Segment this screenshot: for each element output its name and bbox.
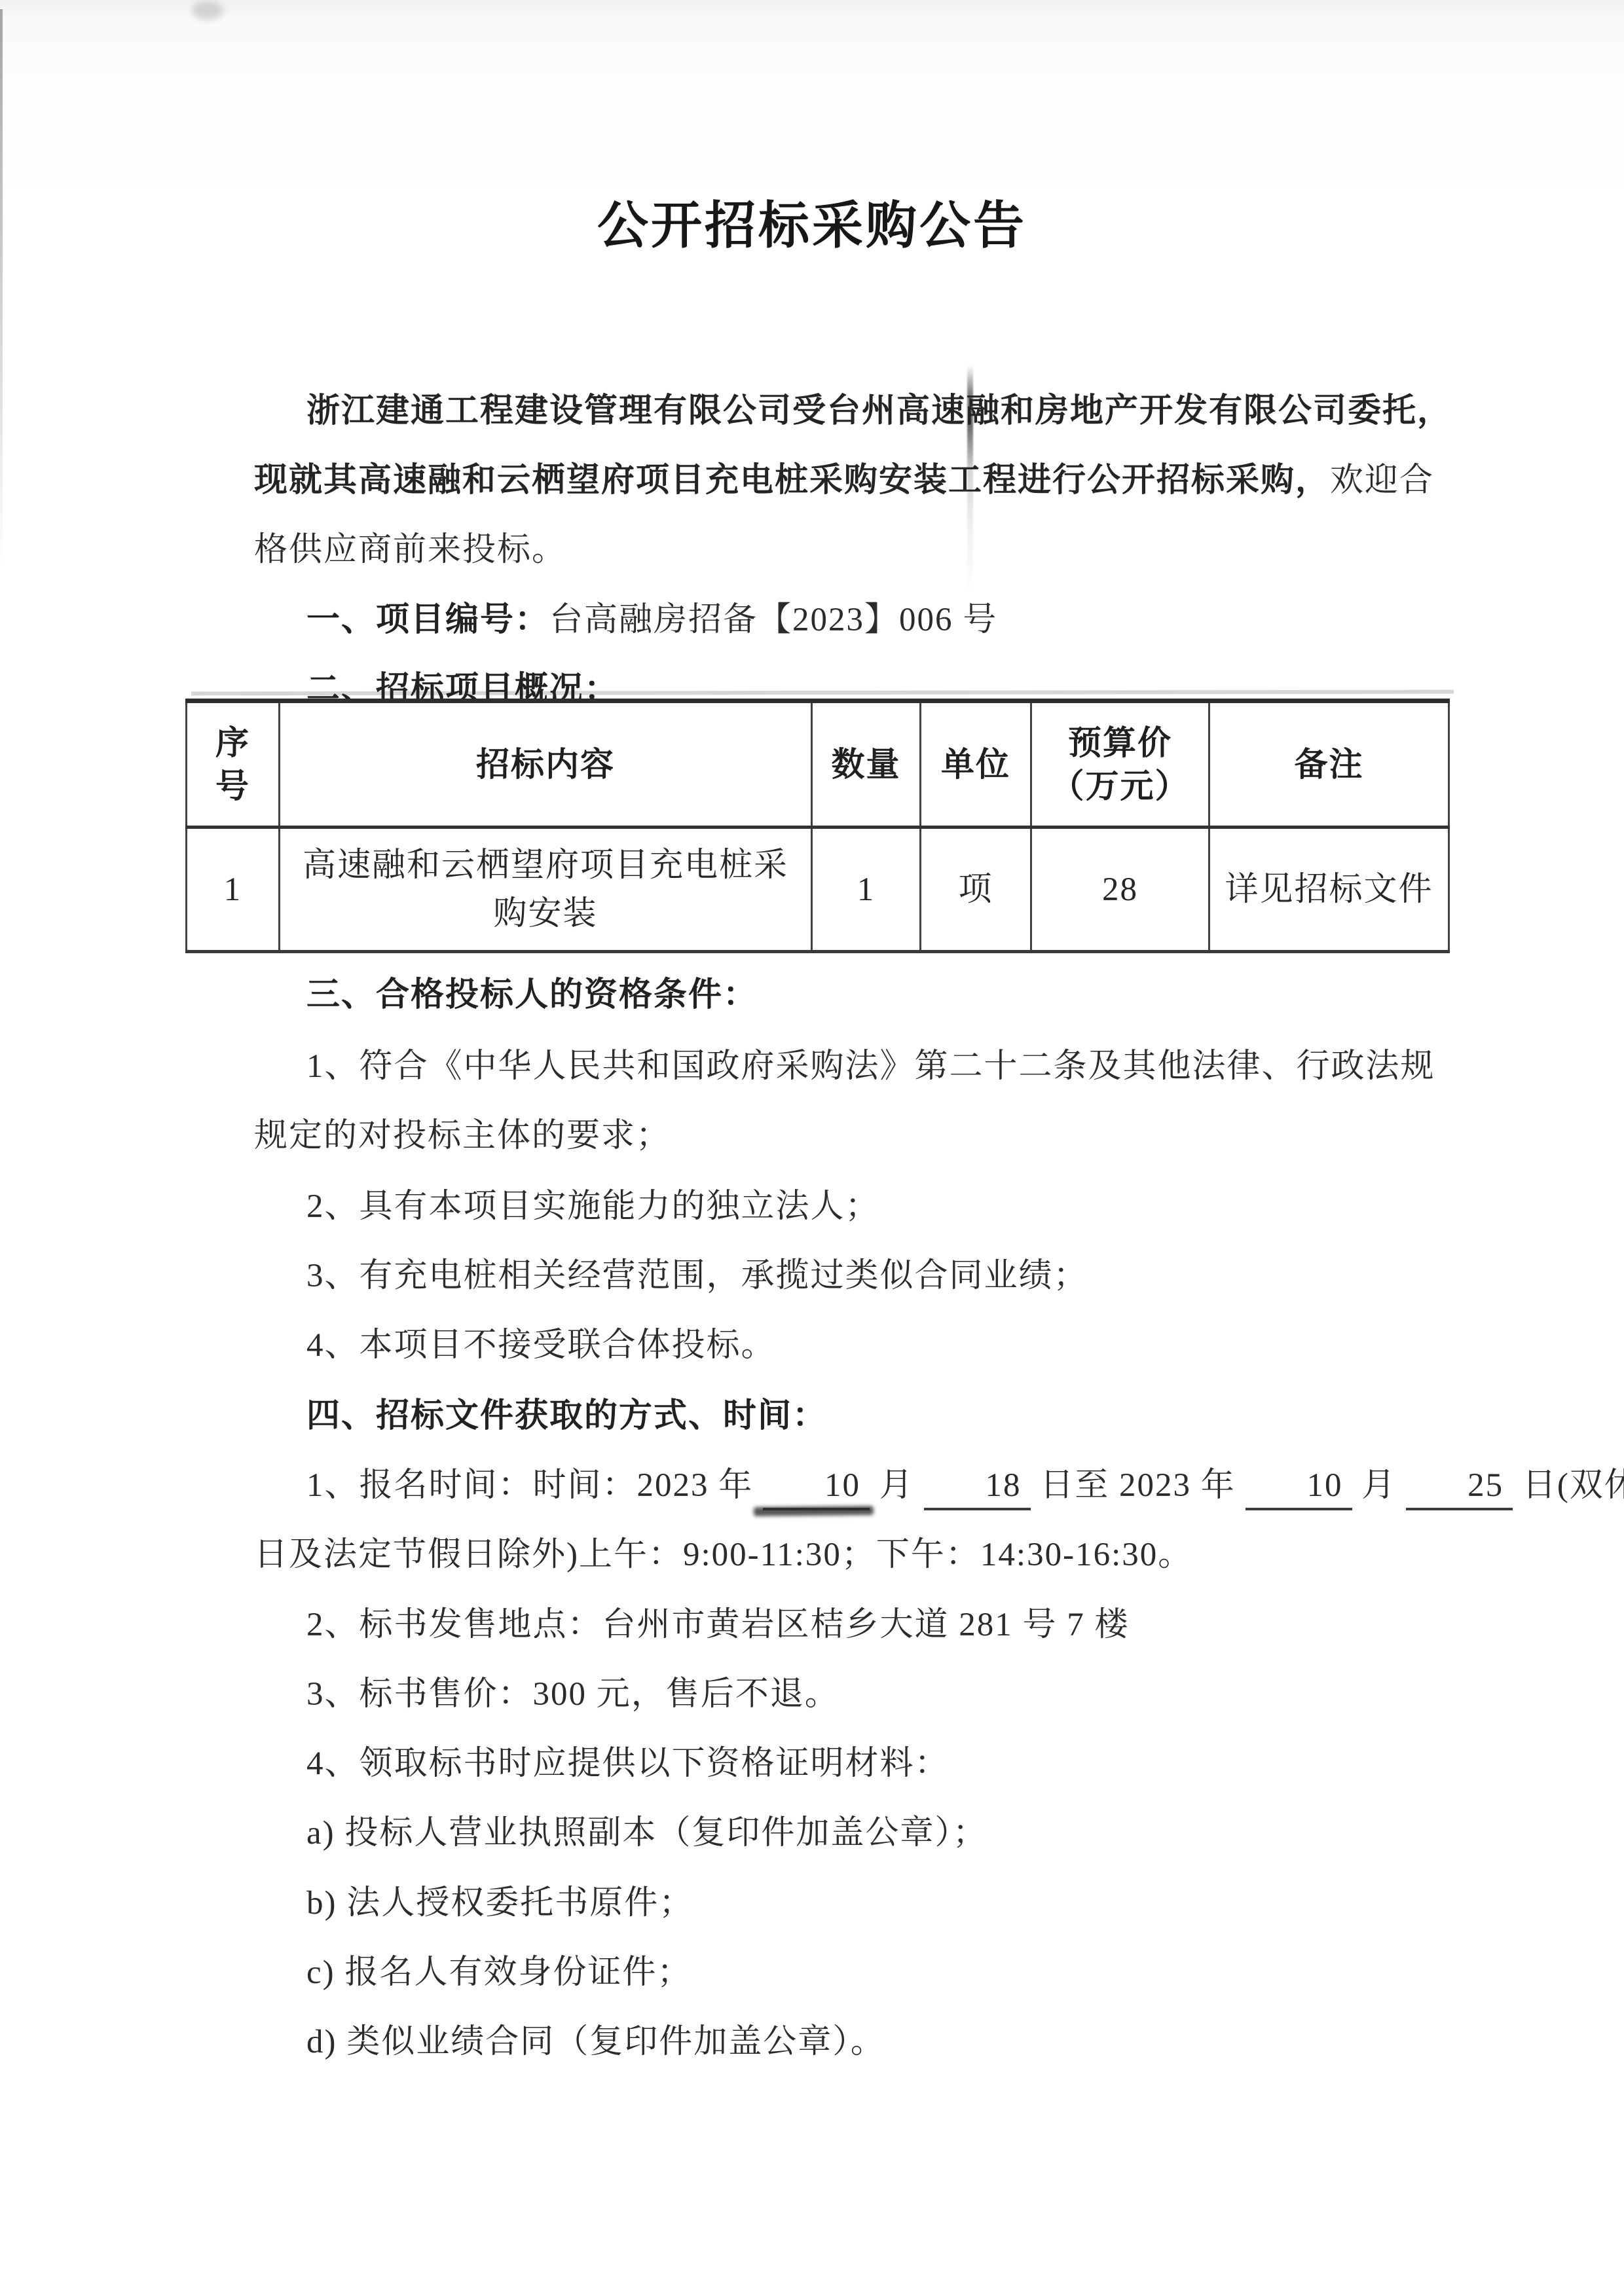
material-item-a: a) 投标人营业执照副本（复印件加盖公章）； [254, 1813, 1443, 1853]
table-cell-unit: 项 [921, 828, 1031, 952]
intro-line-2-bold: 现就其高速融和云栖望府项目充电桩采购安装工程进行公开招标采购， [254, 462, 1330, 499]
end-month-underlined: 10 [1246, 1467, 1352, 1510]
material-item-b: b) 法人授权委托书原件； [254, 1883, 1443, 1923]
intro-line-2-regular: 欢迎合 [1330, 462, 1434, 499]
bid-overview-table: 序 号 招标内容 数量 单位 预算价 （万元） 备注 1 高速融和云栖望府项目充… [185, 699, 1450, 953]
page-title: 公开招标采购公告 [0, 195, 1624, 255]
table-header-row: 序 号 招标内容 数量 单位 预算价 （万元） 备注 [187, 701, 1449, 828]
table-cell-seq: 1 [187, 828, 280, 952]
day-paren-text: 日(双休 [1513, 1467, 1624, 1504]
table-header-qty: 数量 [812, 701, 921, 828]
intro-line-1: 浙江建通工程建设管理有限公司受台州高速融和房地产开发有限公司委托， [254, 391, 1443, 431]
intro-line-3: 格供应商前来投标。 [254, 530, 1443, 570]
document-page: 公开招标采购公告 浙江建通工程建设管理有限公司受台州高速融和房地产开发有限公司委… [0, 0, 1624, 2296]
qualification-1-line-1: 1、符合《中华人民共和国政府采购法》第二十二条及其他法律、行政法规 [254, 1046, 1443, 1087]
qualification-3: 3、有充电桩相关经营范围，承揽过类似合同业绩； [254, 1256, 1443, 1296]
table-cell-content: 高速融和云栖望府项目充电桩采购安装 [280, 828, 812, 952]
document-price: 3、标书售价：300 元，售后不退。 [254, 1674, 1443, 1715]
table-cell-qty: 1 [812, 828, 921, 952]
table-header-note: 备注 [1209, 701, 1449, 828]
scan-edge-artifact [0, 9, 3, 566]
section-3-heading: 三、合格投标人的资格条件： [254, 974, 1443, 1015]
qualification-2: 2、具有本项目实施能力的独立法人； [254, 1186, 1443, 1227]
table-header-seq: 序 号 [187, 701, 280, 828]
material-item-d: d) 类似业绩合同（复印件加盖公章）。 [254, 2022, 1443, 2062]
scan-corner-smudge [193, 1, 223, 20]
table-cell-note: 详见招标文件 [1209, 828, 1449, 952]
material-item-c: c) 报名人有效身份证件； [254, 1952, 1443, 1993]
registration-prefix: 1、报名时间：时间：2023 年 [306, 1467, 763, 1504]
section-1-heading: 一、项目编号：台高融房招备【2023】006 号 [254, 599, 1443, 640]
section-1-label: 一、项目编号： [306, 600, 549, 638]
registration-time-line-1: 1、报名时间：时间：2023 年 10 月 18 日至 2023 年 10 月 … [254, 1465, 1443, 1510]
qualification-1-line-2: 规定的对投标主体的要求； [254, 1116, 1443, 1156]
section-1-value: 台高融房招备【2023】006 号 [549, 602, 997, 638]
end-day-underlined: 25 [1406, 1467, 1513, 1510]
intro-line-2: 现就其高速融和云栖望府项目充电桩采购安装工程进行公开招标采购，欢迎合 [254, 460, 1443, 501]
section-4-heading: 四、招标文件获取的方式、时间： [254, 1395, 1443, 1436]
table-cell-budget: 28 [1031, 828, 1209, 952]
materials-heading: 4、领取标书时应提供以下资格证明材料： [254, 1743, 1443, 1784]
start-month-underlined: 10 [763, 1467, 870, 1510]
to-year-text: 日至 2023 年 [1031, 1467, 1246, 1504]
month-char-2: 月 [1352, 1467, 1407, 1504]
qualification-4: 4、本项目不接受联合体投标。 [254, 1325, 1443, 1366]
month-char-1: 月 [870, 1467, 924, 1504]
table-row: 1 高速融和云栖望府项目充电桩采购安装 1 项 28 详见招标文件 [187, 828, 1449, 952]
table-header-unit: 单位 [921, 701, 1031, 828]
table-header-content: 招标内容 [280, 701, 812, 828]
table-header-budget: 预算价 （万元） [1031, 701, 1209, 828]
start-day-underlined: 18 [924, 1467, 1031, 1510]
registration-time-line-2: 日及法定节假日除外)上午：9:00-11:30；下午：14:30-16:30。 [254, 1535, 1443, 1575]
sale-location: 2、标书发售地点：台州市黄岩区桔乡大道 281 号 7 楼 [254, 1605, 1443, 1645]
